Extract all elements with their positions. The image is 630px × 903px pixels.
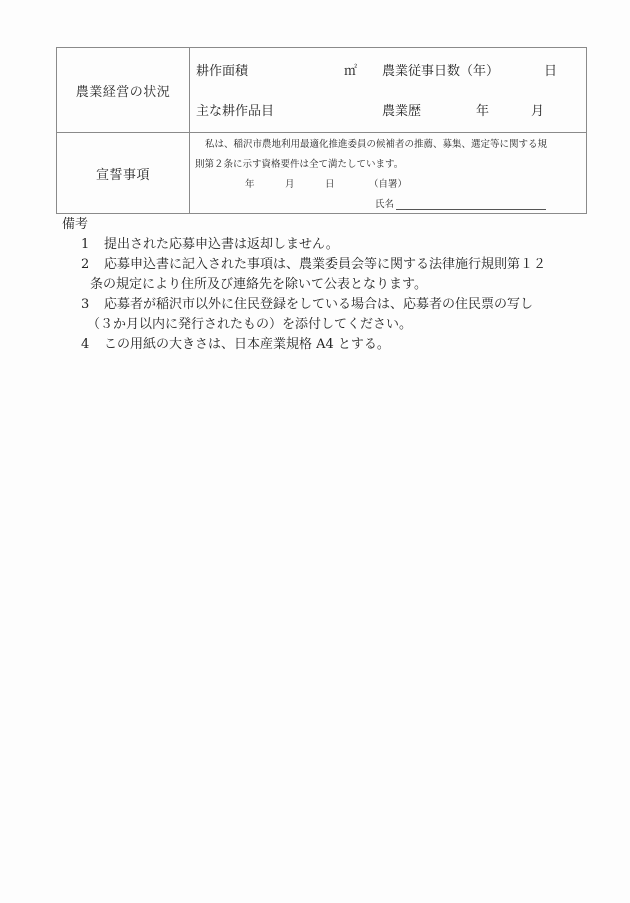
- cultivated-area-label: 耕作面積: [196, 65, 248, 78]
- note-2-text-line1: 応募申込書に記入された事項は、農業委員会等に関する法律施行規則第１２: [104, 258, 546, 271]
- oath-text-line2: 則第２条に示す資格要件は全て満たしています。: [195, 160, 403, 170]
- note-1-number: 1: [81, 238, 89, 251]
- farming-days-field[interactable]: [502, 64, 542, 80]
- area-unit: ㎡: [344, 65, 357, 78]
- notes-heading: 備考: [62, 218, 88, 231]
- main-crops-label: 主な耕作品目: [196, 105, 274, 118]
- date-month-label: 月: [285, 180, 295, 190]
- days-unit: 日: [544, 65, 557, 78]
- oath-label: 宣誓事項: [57, 133, 189, 214]
- note-4-text: この用紙の大きさは、日本産業規格 A4 とする。: [104, 338, 390, 351]
- column-divider: [189, 48, 190, 213]
- application-form-table: 農業経営の状況 耕作面積 ㎡ 農業従事日数（年） 日 主な耕作品目 農業歴 年 …: [56, 47, 587, 214]
- note-3-text-line1: 応募者が稲沢市以外に住民登録をしている場合は、応募者の住民票の写し: [104, 298, 533, 311]
- farming-career-label: 農業歴: [382, 105, 421, 118]
- main-crops-field[interactable]: [287, 104, 377, 120]
- note-2-text-line2: 条の規定により住所及び連絡先を除いて公表となります。: [90, 278, 427, 291]
- date-year-label: 年: [245, 180, 255, 190]
- career-months-field[interactable]: [493, 104, 529, 120]
- farming-days-label: 農業従事日数（年）: [382, 65, 499, 78]
- farm-status-label: 農業経営の状況: [57, 48, 189, 132]
- career-month-unit: 月: [531, 105, 544, 118]
- note-1-text: 提出された応募申込書は返却しません。: [104, 238, 339, 251]
- oath-text-line1: 私は、稲沢市農地利用最適化推進委員の候補者の推薦、募集、選定等に関する規: [205, 140, 547, 150]
- career-years-field[interactable]: [437, 104, 473, 120]
- cultivated-area-field[interactable]: [287, 64, 377, 80]
- note-3-text-line2: （３か月以内に発行されたもの）を添付してください。: [87, 318, 412, 331]
- document-page: 農業経営の状況 耕作面積 ㎡ 農業従事日数（年） 日 主な耕作品目 農業歴 年 …: [0, 0, 630, 903]
- date-day-label: 日: [325, 180, 335, 190]
- note-3-number: 3: [81, 298, 89, 311]
- career-year-unit: 年: [476, 105, 489, 118]
- name-label: 氏名: [375, 200, 394, 210]
- note-4-number: 4: [81, 338, 89, 351]
- note-2-number: 2: [81, 258, 89, 271]
- signature-line[interactable]: [396, 209, 546, 210]
- self-signature-note: （自署）: [369, 180, 407, 190]
